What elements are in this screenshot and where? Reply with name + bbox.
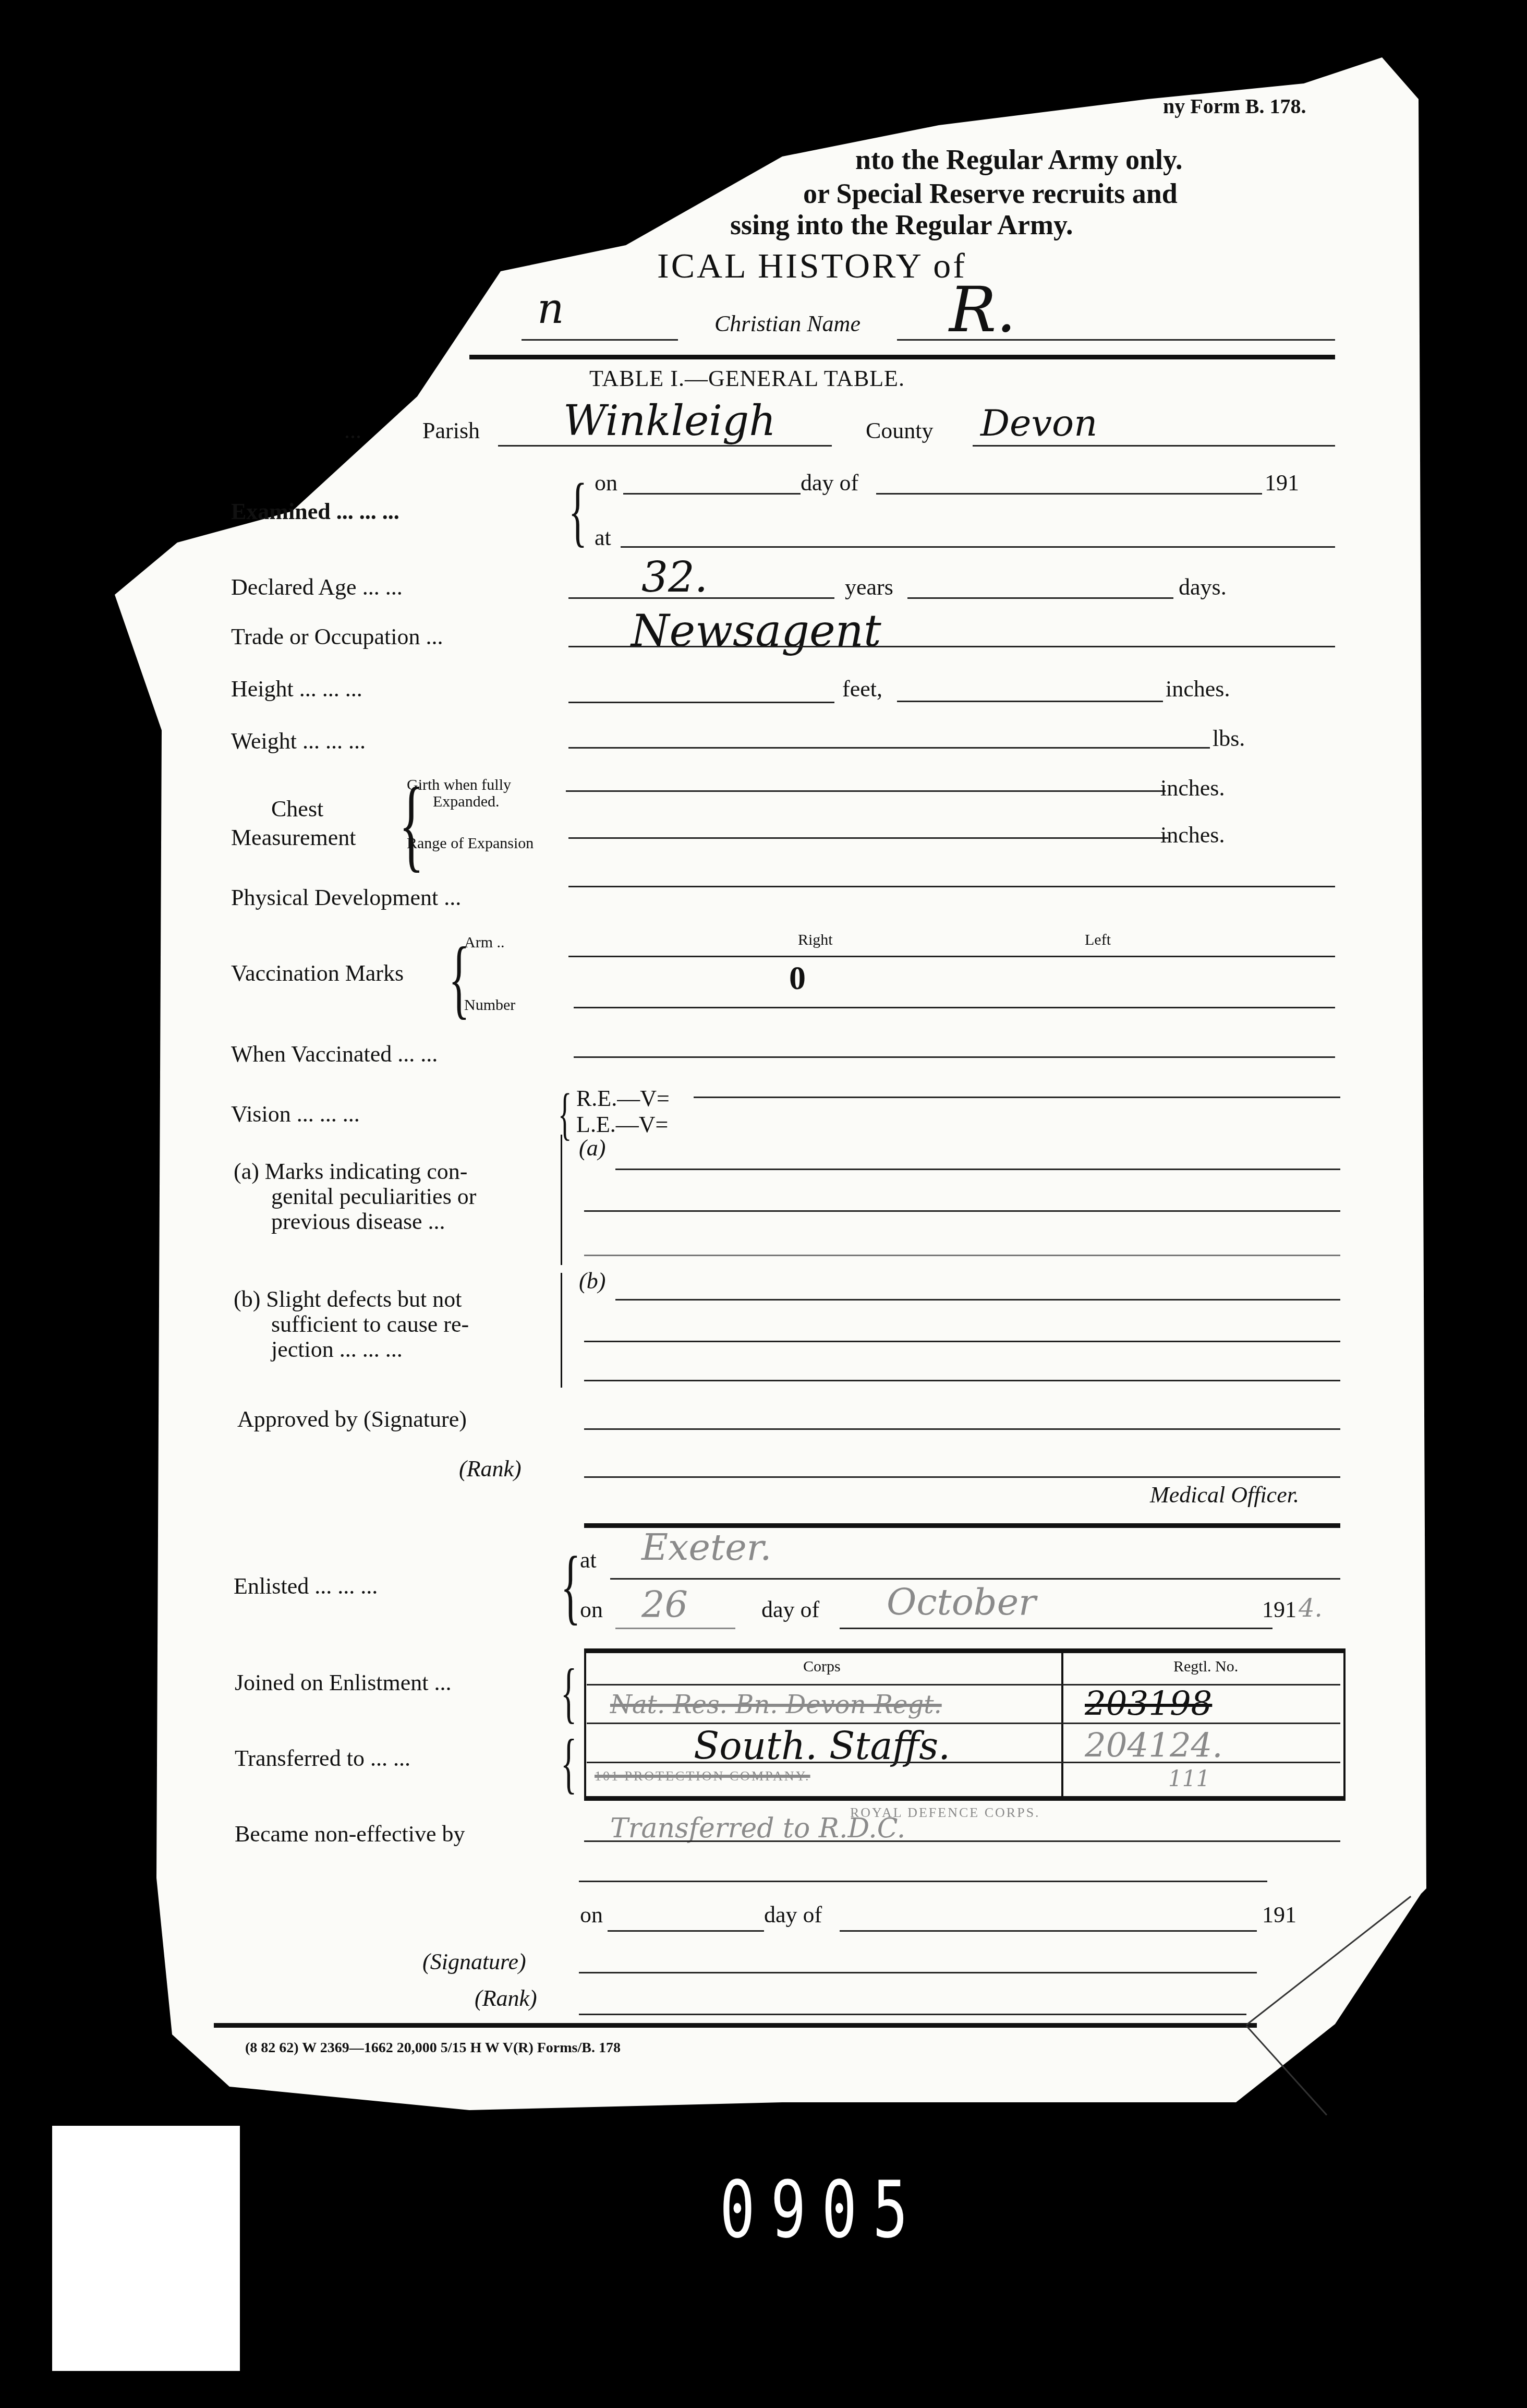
weight-unit: lbs. (1213, 725, 1245, 752)
corps-table-left-border (584, 1651, 586, 1797)
when-vaccinated-label: When Vaccinated ... ... (231, 1041, 438, 1067)
parish-label: Parish (422, 417, 480, 444)
defects-b-bracket (561, 1273, 562, 1388)
enlisted-at-label: at (580, 1547, 597, 1573)
medical-officer-label: Medical Officer. (1150, 1482, 1299, 1508)
non-effective-extra-line (579, 1881, 1267, 1882)
vaccination-label: Vaccination Marks (231, 960, 404, 986)
defects-b-prefix: (b) (579, 1268, 605, 1294)
marks-a-prefix: (a) (579, 1135, 605, 1161)
vision-brace: { (558, 1085, 572, 1142)
marks-a-line-3: previous disease ... (271, 1208, 445, 1235)
defects-b-line-1: (b) Slight defects but not (234, 1286, 462, 1313)
joined-regtl-no-value[interactable]: 203198 (1085, 1685, 1212, 1724)
non-effective-on-label: on (580, 1901, 603, 1928)
defects-b-line-2: sufficient to cause re- (271, 1311, 469, 1338)
examined-brace: { (568, 472, 587, 550)
transferred-row-line (587, 1762, 1340, 1763)
approved-by-label: Approved by (Signature) (237, 1406, 467, 1432)
examined-at-label: at (595, 524, 611, 551)
corps-table-divider (1061, 1651, 1063, 1797)
non-effective-rank-label: (Rank) (475, 1985, 537, 2012)
trade-line (568, 646, 1335, 647)
corps-header-line (587, 1684, 1340, 1685)
document-title: ICAL HISTORY of (657, 245, 967, 286)
weight-field[interactable] (568, 747, 1210, 749)
enlisted-day-of-label: day of (761, 1596, 819, 1623)
marks-a-field-2[interactable] (584, 1210, 1340, 1212)
enlisted-day-line (615, 1628, 735, 1629)
instruction-line-3: ssing into the Regular Army. (730, 209, 1073, 241)
non-effective-label: Became non-effective by (235, 1821, 465, 1847)
approval-signature-field[interactable] (584, 1428, 1340, 1430)
approval-rank-field[interactable] (584, 1476, 1340, 1478)
trade-label: Trade or Occupation ... (231, 623, 443, 650)
marks-a-line-2: genital peculiarities or (271, 1183, 476, 1210)
left-eye-label: L.E.—V= (576, 1111, 668, 1138)
enlisted-month-value[interactable]: October (887, 1581, 1036, 1623)
corps-table-right-border (1343, 1651, 1346, 1797)
vision-label: Vision ... ... ... (231, 1101, 360, 1127)
enlisted-at-value[interactable]: Exeter. (641, 1526, 772, 1569)
vaccination-number-field[interactable] (574, 1007, 1335, 1008)
county-label: County (866, 417, 934, 444)
non-effective-signature-field[interactable] (579, 1972, 1257, 1973)
height-inches-field[interactable] (897, 701, 1163, 702)
right-eye-label: R.E.—V= (576, 1085, 670, 1112)
non-effective-field (584, 1840, 1340, 1842)
defects-b-field-3[interactable] (584, 1380, 1340, 1381)
frame-counter: 0905 (720, 2165, 924, 2256)
height-feet-field[interactable] (568, 702, 834, 703)
marks-a-field-3[interactable] (584, 1255, 1340, 1256)
weight-label: Weight ... ... ... (231, 728, 366, 754)
form-number: ny Form B. 178. (1163, 94, 1306, 118)
county-value[interactable]: Devon (980, 402, 1097, 444)
transferred-regtl-no-value[interactable]: 204124. (1085, 1727, 1223, 1765)
years-label: years (845, 574, 893, 600)
enlisted-at-field (610, 1578, 1340, 1580)
enlisted-year-value[interactable]: 4. (1299, 1594, 1323, 1623)
physical-development-field[interactable] (568, 886, 1335, 887)
girth-unit: inches. (1160, 775, 1225, 801)
examined-on-label: on (595, 469, 617, 496)
corps-table-bottom (584, 1796, 1346, 1801)
regtl-no-column-header: Regtl. No. (1173, 1658, 1238, 1676)
range-unit: inches. (1160, 822, 1225, 848)
examined-month-field[interactable] (876, 493, 1262, 495)
defects-b-field-2[interactable] (584, 1341, 1340, 1342)
measurement-label: Measurement (231, 824, 356, 851)
non-effective-day-field[interactable] (608, 1930, 764, 1932)
surname-line (522, 339, 678, 341)
vaccination-arm-field[interactable] (568, 956, 1335, 957)
vaccination-right-value[interactable]: 0 (789, 959, 806, 997)
range-label: Range of Expansion (407, 835, 534, 852)
document-page (0, 0, 1527, 2408)
girth-field[interactable] (566, 790, 1166, 792)
protection-company-stamp: 101 PROTECTION COMPANY. (595, 1768, 810, 1784)
parish-line (498, 445, 832, 447)
enlisted-month-line (840, 1628, 1272, 1629)
corps-table-top (584, 1648, 1346, 1653)
enlisted-year-label: 191 (1262, 1596, 1296, 1623)
arm-label: Arm .. (464, 934, 505, 952)
non-effective-value[interactable]: Transferred to R.D.C. (610, 1813, 905, 1844)
number-label: Number (464, 996, 515, 1014)
non-effective-month-field[interactable] (840, 1930, 1257, 1932)
non-effective-rank-field[interactable] (579, 2014, 1246, 2015)
age-days-field[interactable] (907, 597, 1173, 599)
enlisted-day-value[interactable]: 26 (641, 1583, 688, 1626)
surname-value: n (537, 284, 564, 333)
height-label: Height ... ... ... (231, 676, 362, 702)
footer-divider (214, 2023, 1257, 2028)
non-effective-day-of-label: day of (764, 1901, 822, 1928)
enlisted-on-label: on (580, 1596, 603, 1623)
inches-label: inches. (1166, 676, 1230, 702)
enlisted-label: Enlisted ... ... ... (234, 1573, 378, 1599)
physical-development-label: Physical Development ... (231, 884, 461, 911)
age-years-value[interactable]: 32. (641, 553, 708, 601)
feet-label: feet, (842, 676, 882, 702)
header-divider (469, 355, 1335, 359)
girth-label-2: Expanded. (433, 793, 499, 811)
approval-rank-label: (Rank) (459, 1455, 522, 1482)
corps-column-header: Corps (803, 1658, 841, 1676)
age-years-line (568, 597, 834, 599)
examined-at-field[interactable] (621, 546, 1335, 548)
trade-value[interactable]: Newsagent (631, 605, 881, 656)
joined-corps-value[interactable]: Nat. Res. Bn. Devon Regt. (610, 1690, 942, 1719)
range-field[interactable] (568, 837, 1168, 839)
examined-label: Examined ... ... ... (231, 498, 399, 525)
examined-day-field[interactable] (623, 493, 801, 495)
right-arm-label: Right (798, 931, 833, 949)
parish-value[interactable]: Winkleigh (563, 396, 776, 445)
film-marker-card (52, 2126, 240, 2371)
non-effective-signature-label: (Signature) (422, 1948, 526, 1975)
instruction-line-1: nto the Regular Army only. (855, 143, 1183, 176)
joined-on-enlistment-label: Joined on Enlistment ... (235, 1669, 452, 1696)
christian-name-value: R. (949, 274, 1016, 346)
county-line (973, 445, 1335, 447)
marks-a-field-1[interactable] (615, 1169, 1340, 1170)
right-eye-field[interactable] (694, 1097, 1340, 1098)
joined-brace: { (561, 1659, 577, 1727)
marks-a-bracket (561, 1135, 562, 1265)
defects-b-field-1[interactable] (615, 1299, 1340, 1301)
enlisted-brace: { (561, 1544, 580, 1628)
declared-age-label: Declared Age ... ... (231, 574, 403, 600)
defects-b-line-3: jection ... ... ... (271, 1336, 403, 1363)
parish-prefix: ... (344, 417, 361, 444)
examined-year-label: 191 (1265, 469, 1299, 496)
print-code: (8 82 62) W 2369—1662 20,000 5/15 H W V(… (245, 2040, 621, 2056)
days-label: days. (1179, 574, 1227, 600)
christian-name-line (897, 339, 1335, 341)
non-effective-year-label: 191 (1262, 1901, 1296, 1928)
when-vaccinated-field[interactable] (574, 1056, 1335, 1058)
stamp-regtl-no: 111 (1168, 1766, 1210, 1791)
girth-label-1: Girth when fully (407, 776, 511, 794)
transferred-to-label: Transferred to ... ... (235, 1745, 410, 1772)
instruction-line-2: or Special Reserve recruits and (803, 177, 1178, 210)
left-arm-label: Left (1085, 931, 1111, 949)
christian-name-label: Christian Name (714, 310, 861, 337)
chest-label: Chest (271, 796, 323, 822)
transferred-brace: { (561, 1729, 577, 1797)
examined-day-of-label: day of (801, 469, 858, 496)
marks-a-line-1: (a) Marks indicating con- (234, 1158, 467, 1185)
table-title: TABLE I.—GENERAL TABLE. (589, 365, 905, 392)
